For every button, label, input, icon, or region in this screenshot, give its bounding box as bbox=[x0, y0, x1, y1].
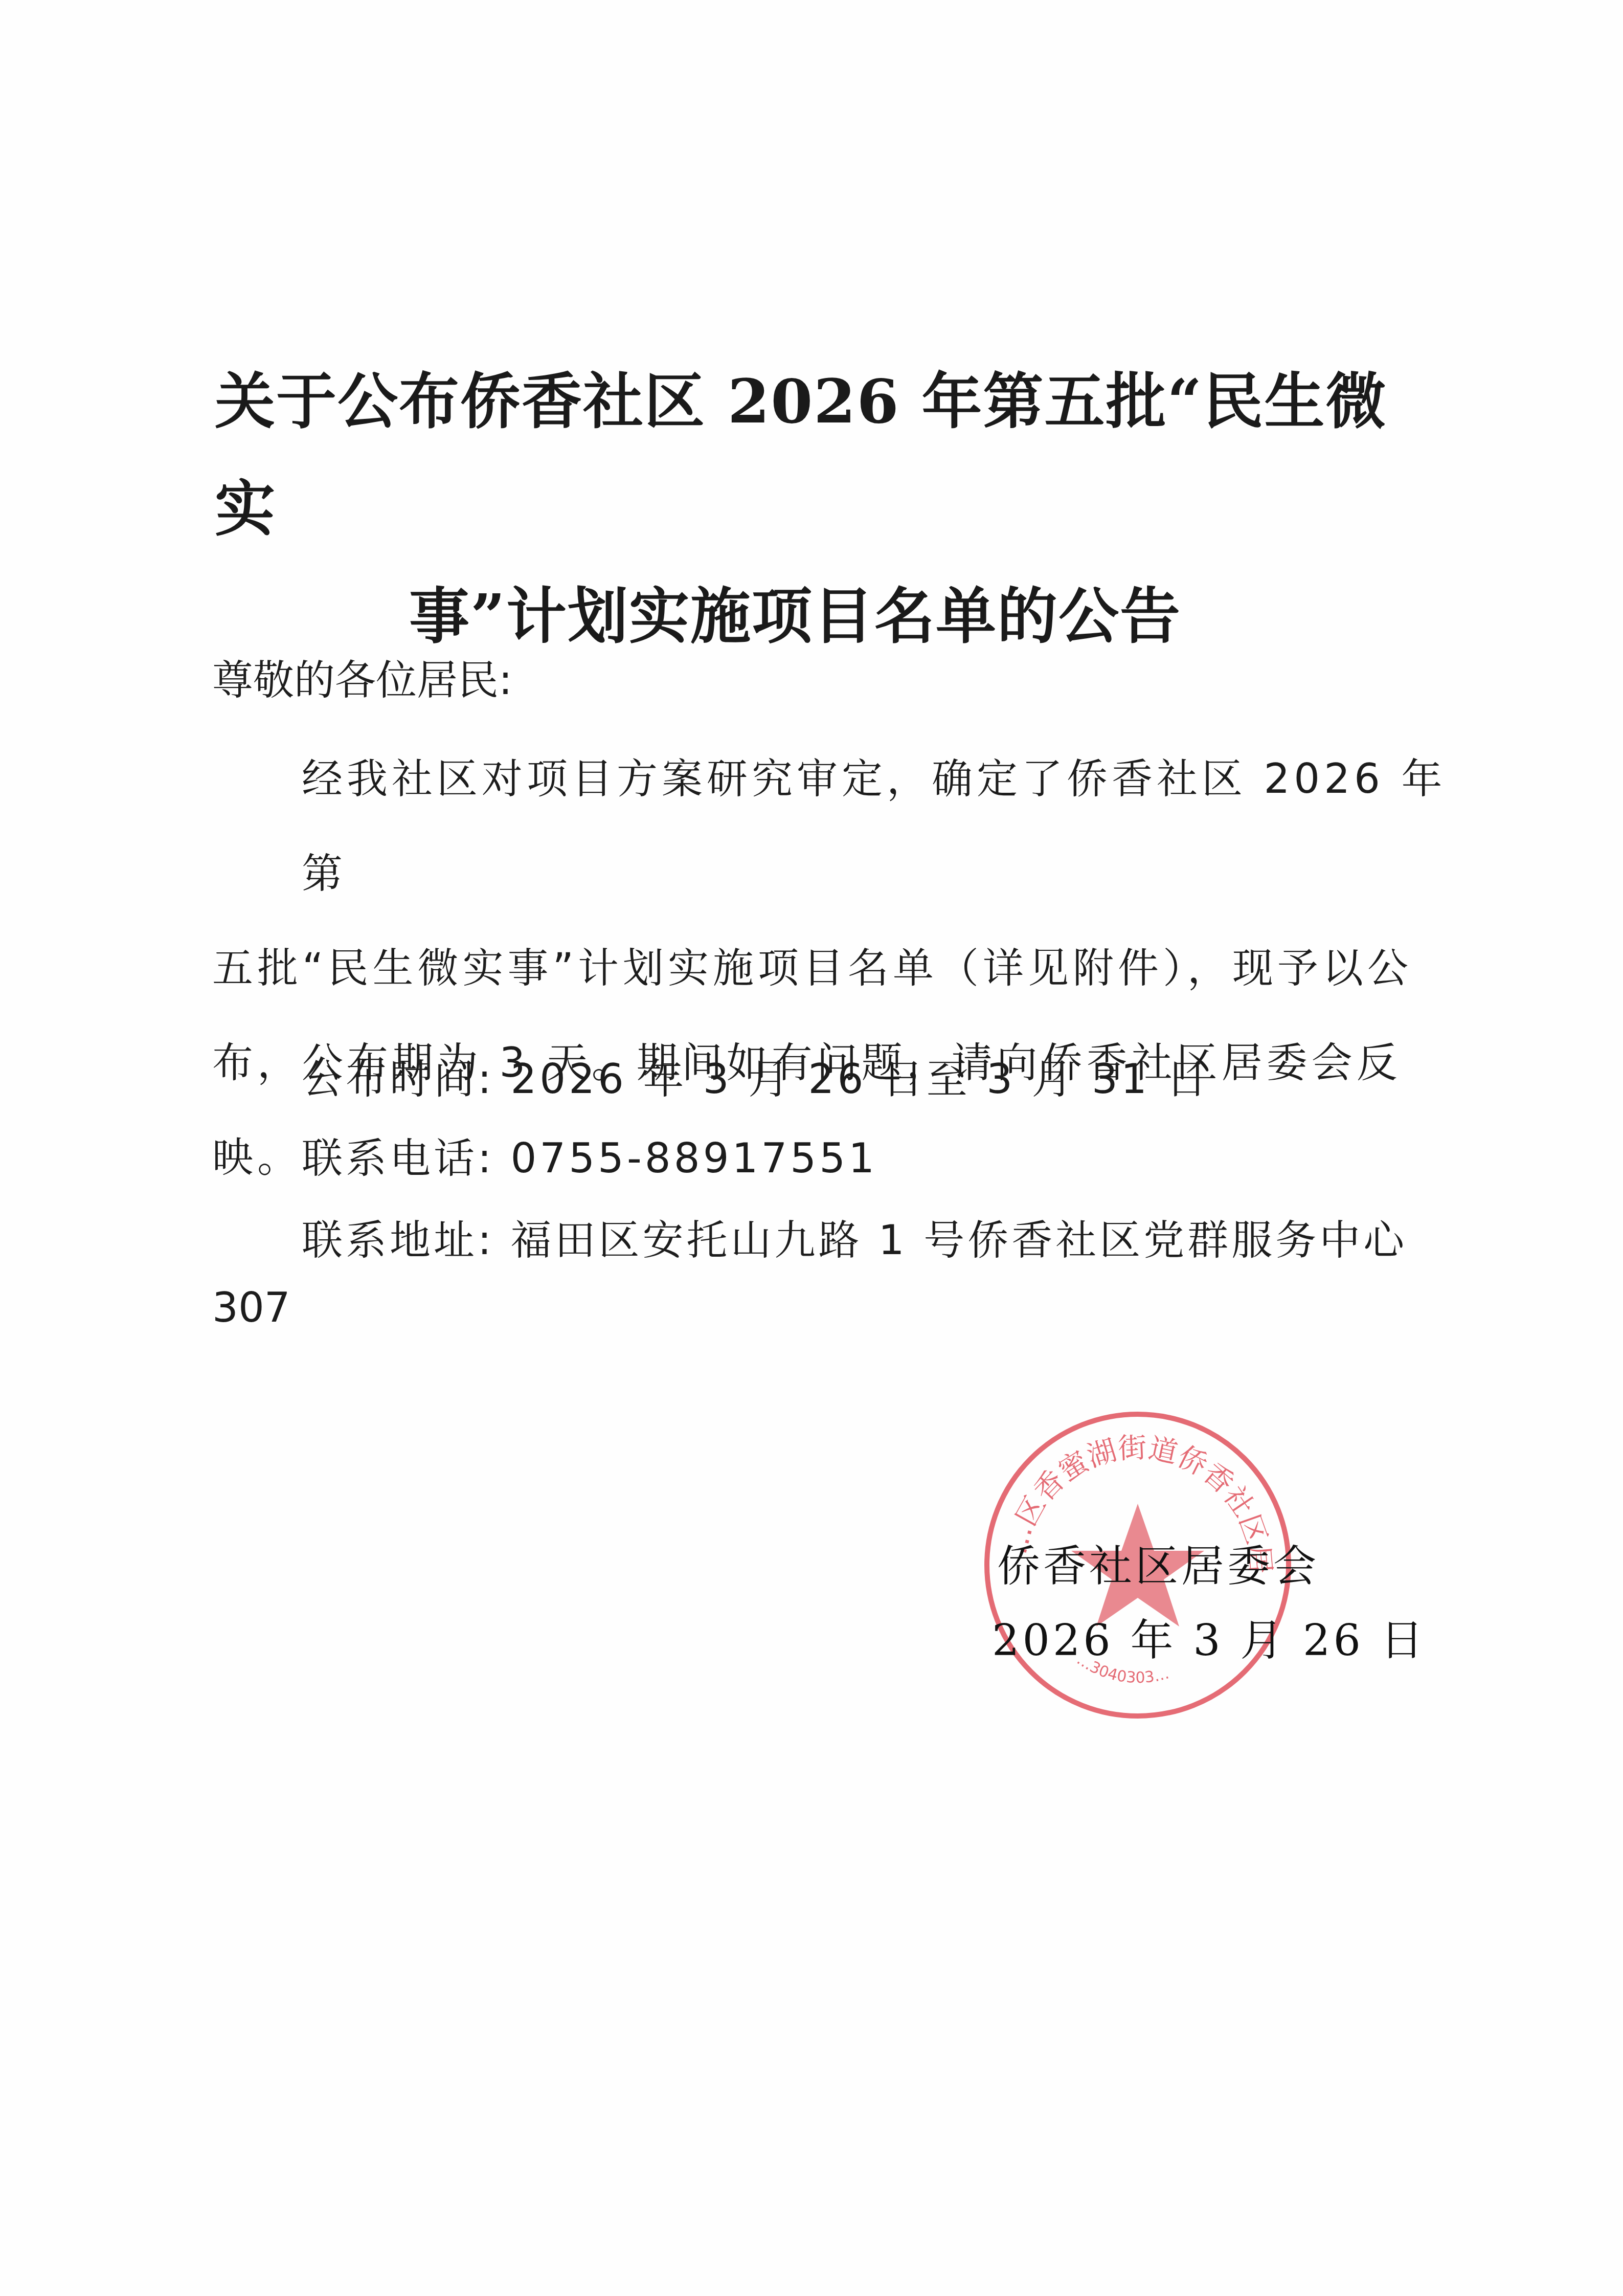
paragraph-line-1: 经我社区对项目方案研究审定，确定了侨香社区 2026 年第 bbox=[212, 731, 1450, 921]
document-title: 关于公布侨香社区 2026 年第五批“民生微实 事”计划实施项目名单的公告 bbox=[215, 348, 1442, 670]
publish-time: 公布时间: 2026 年 3 月 26 日至 3 月 31 日 bbox=[302, 1046, 1210, 1105]
contact-address-continued: 307 bbox=[212, 1284, 290, 1331]
title-line-1: 关于公布侨香社区 2026 年第五批“民生微实 bbox=[215, 348, 1442, 563]
publish-time-label: 公布时间: bbox=[302, 1055, 494, 1103]
contact-address-value: 福田区安托山九路 1 号侨香社区党群服务中心 bbox=[510, 1216, 1407, 1264]
contact-address-label: 联系地址: bbox=[302, 1216, 494, 1264]
contact-phone-value: 0755-88917551 bbox=[510, 1134, 877, 1182]
signature-date: 2026 年 3 月 26 日 bbox=[992, 1606, 1427, 1668]
signature-organization: 侨香社区居委会 bbox=[997, 1532, 1319, 1594]
publish-time-value: 2026 年 3 月 26 日至 3 月 31 日 bbox=[510, 1055, 1210, 1103]
document-page: 关于公布侨香社区 2026 年第五批“民生微实 事”计划实施项目名单的公告 尊敬… bbox=[0, 0, 1623, 2296]
salutation: 尊敬的各位居民: bbox=[212, 647, 1450, 706]
contact-phone: 联系电话: 0755-88917551 bbox=[302, 1125, 877, 1184]
contact-address: 联系地址: 福田区安托山九路 1 号侨香社区党群服务中心 bbox=[302, 1207, 1407, 1266]
paragraph-line-2: 五批“民生微实事”计划实施项目名单（详见附件），现予以公 bbox=[212, 921, 1450, 1015]
contact-phone-label: 联系电话: bbox=[302, 1134, 494, 1182]
